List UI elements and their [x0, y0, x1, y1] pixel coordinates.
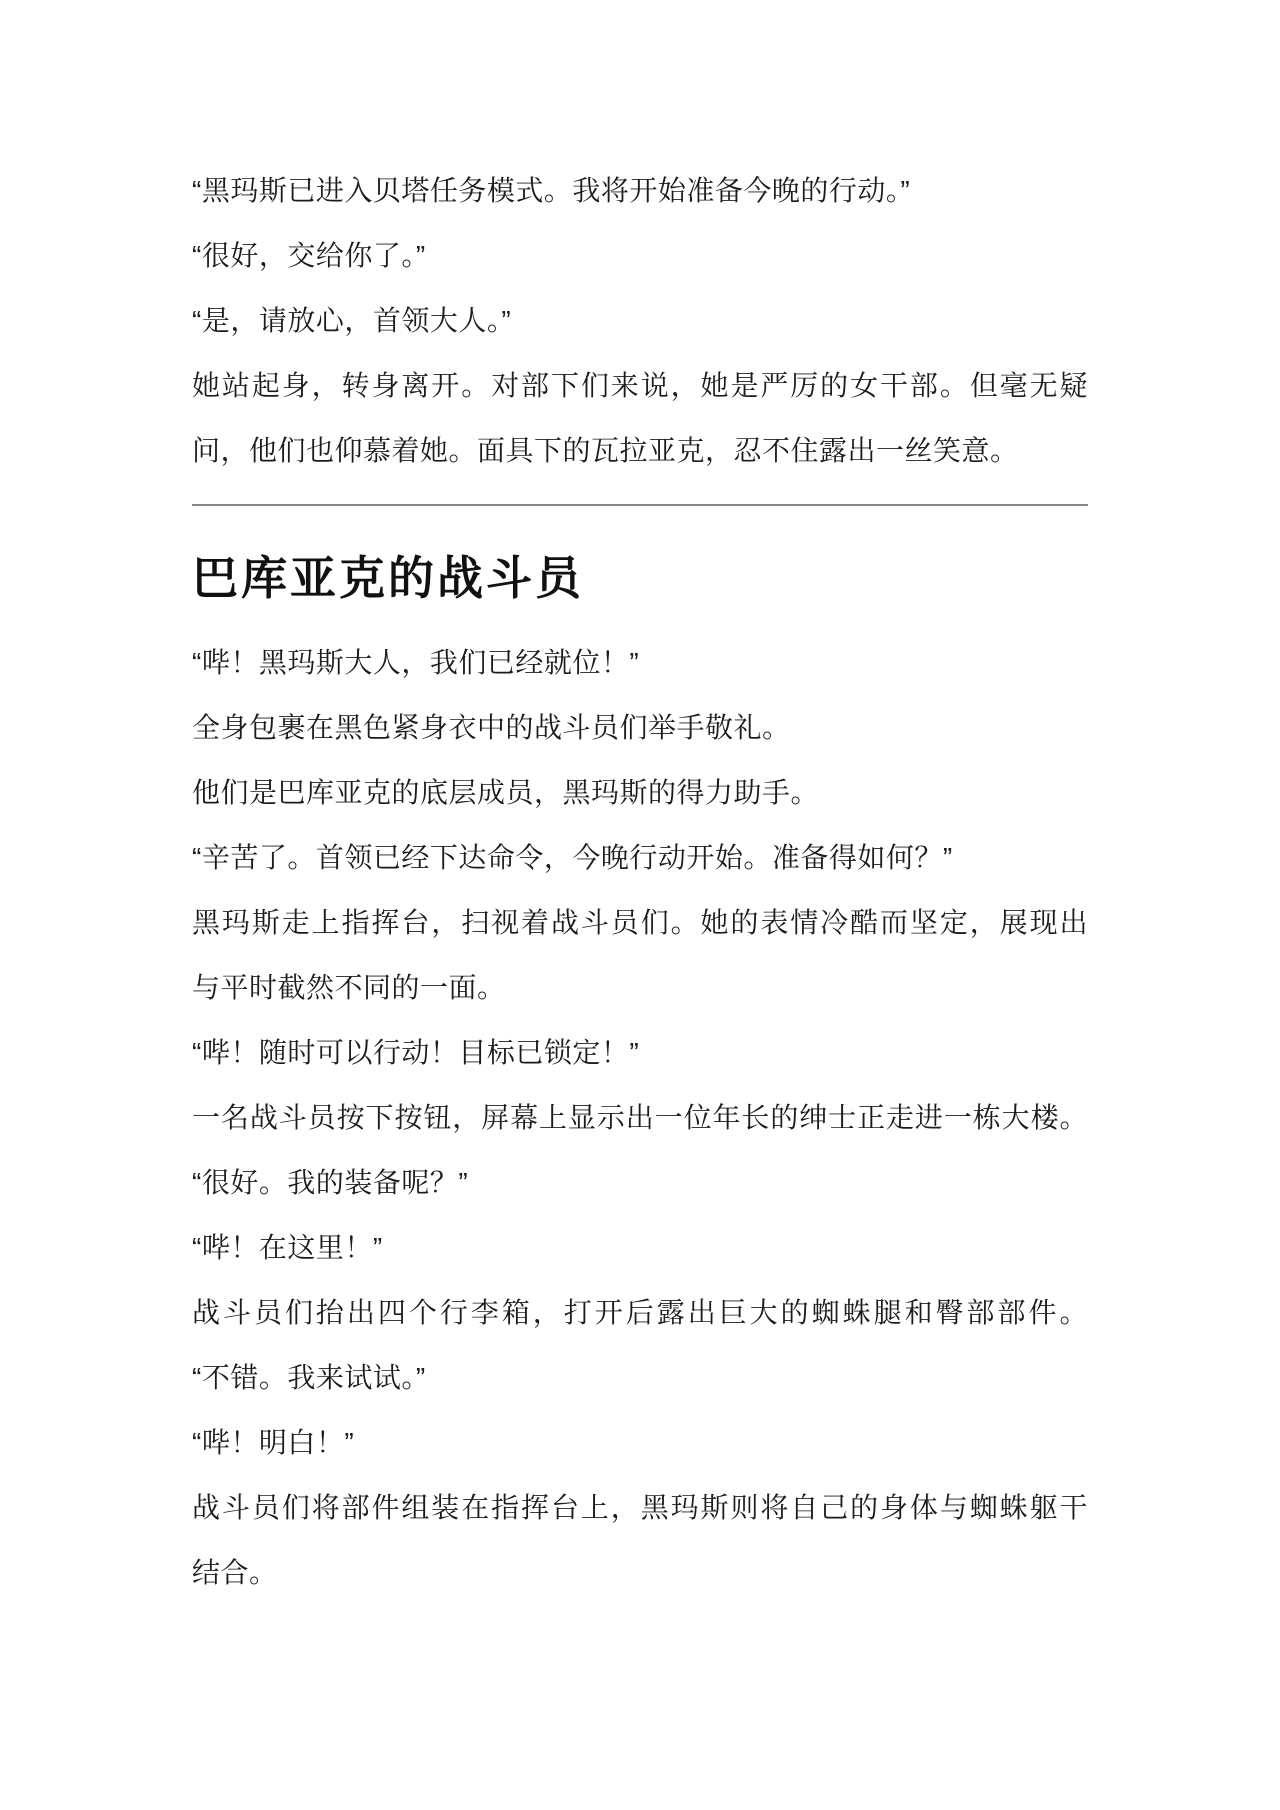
paragraph-line: 黑玛斯走上指挥台，扫视着战斗员们。她的表情冷酷而坚定，展现出 — [192, 890, 1088, 955]
paragraph-line: 战斗员们抬出四个行李箱，打开后露出巨大的蜘蛛腿和臀部部件。 — [192, 1280, 1088, 1345]
paragraph-line: “很好，交给你了。” — [192, 223, 1088, 288]
paragraph-line: 全身包裹在黑色紧身衣中的战斗员们举手敬礼。 — [192, 695, 1088, 760]
paragraph-line: “哔！在这里！” — [192, 1215, 1088, 1280]
paragraph-line: “是，请放心，首领大人。” — [192, 288, 1088, 353]
paragraph-line: 与平时截然不同的一面。 — [192, 955, 1088, 1020]
paragraph-line: “哔！明白！” — [192, 1410, 1088, 1475]
paragraph-line: “辛苦了。首领已经下达命令，今晚行动开始。准备得如何？” — [192, 825, 1088, 890]
paragraph-line: “很好。我的装备呢？” — [192, 1150, 1088, 1215]
text-column: “黑玛斯已进入贝塔任务模式。我将开始准备今晚的行动。” “很好，交给你了。” “… — [192, 158, 1088, 1605]
paragraph-line: 结合。 — [192, 1540, 1088, 1605]
paragraph-line: 他们是巴库亚克的底层成员，黑玛斯的得力助手。 — [192, 760, 1088, 825]
paragraph-line: “哔！黑玛斯大人，我们已经就位！” — [192, 630, 1088, 695]
paragraph-line: 她站起身，转身离开。对部下们来说，她是严厉的女干部。但毫无疑 — [192, 353, 1088, 418]
paragraph-line: 战斗员们将部件组装在指挥台上，黑玛斯则将自己的身体与蜘蛛躯干 — [192, 1475, 1088, 1540]
paragraph-line: 问，他们也仰慕着她。面具下的瓦拉亚克，忍不住露出一丝笑意。 — [192, 418, 1088, 483]
section-heading: 巴库亚克的战斗员 — [192, 548, 1088, 608]
paragraph-line: 一名战斗员按下按钮，屏幕上显示出一位年长的绅士正走进一栋大楼。 — [192, 1085, 1088, 1150]
paragraph-line: “不错。我来试试。” — [192, 1345, 1088, 1410]
document-page: “黑玛斯已进入贝塔任务模式。我将开始准备今晚的行动。” “很好，交给你了。” “… — [0, 0, 1280, 1810]
paragraph-line: “哔！随时可以行动！目标已锁定！” — [192, 1020, 1088, 1085]
section-divider — [192, 504, 1088, 506]
paragraph-line: “黑玛斯已进入贝塔任务模式。我将开始准备今晚的行动。” — [192, 158, 1088, 223]
